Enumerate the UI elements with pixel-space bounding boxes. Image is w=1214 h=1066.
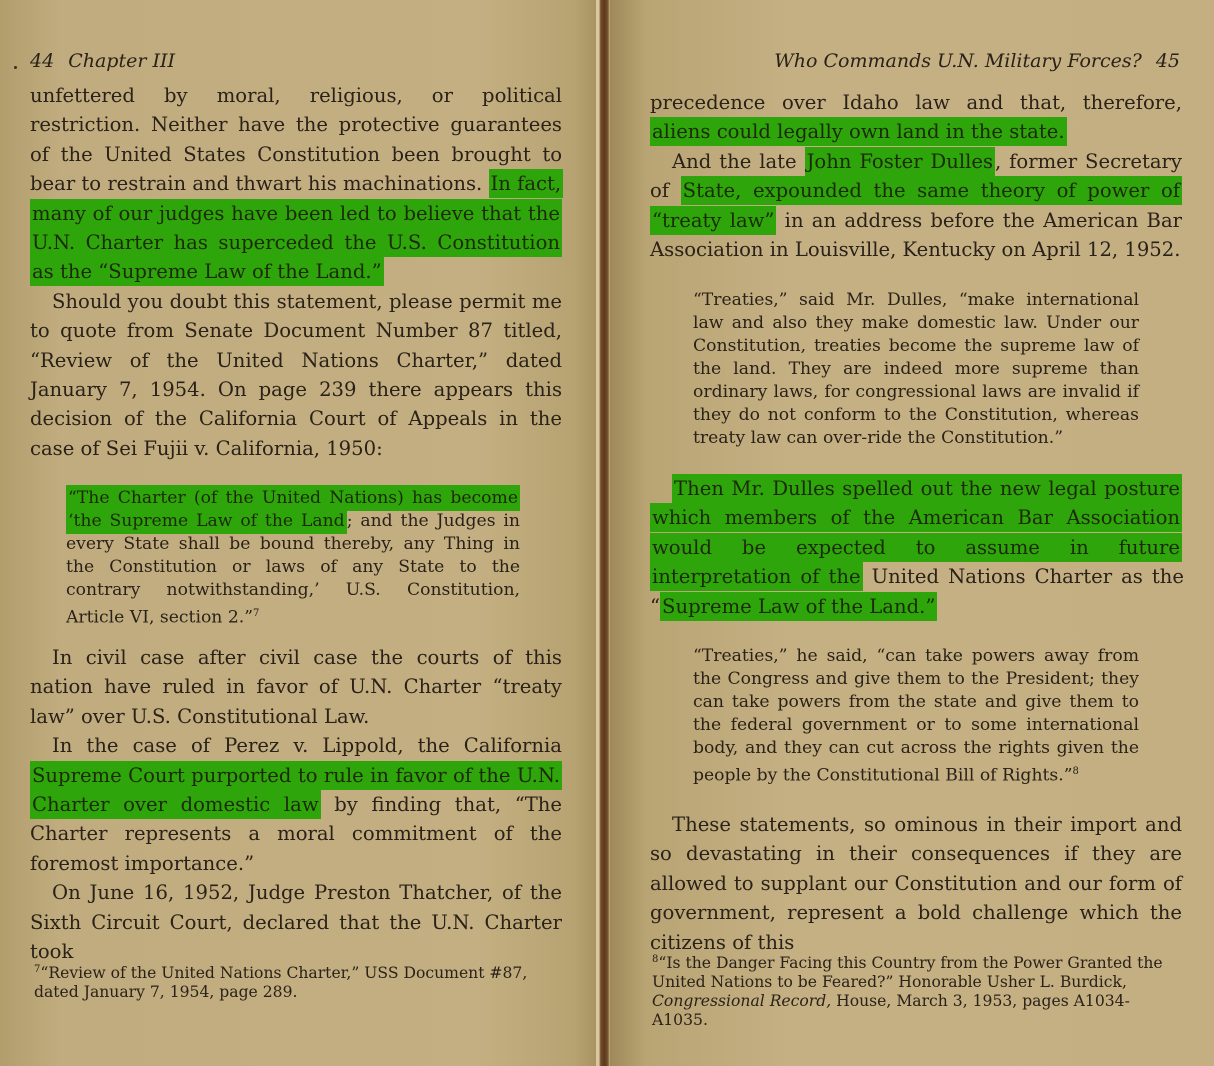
right-paragraph-2: And the late John Foster Dulles, former … xyxy=(650,147,1182,265)
right-chapter-title: Who Commands U.N. Military Forces? xyxy=(774,50,1142,72)
right-running-head: Who Commands U.N. Military Forces?45 xyxy=(774,50,1180,72)
right-block-quote-1: “Treaties,” said Mr. Dulles, “make inter… xyxy=(693,289,1139,450)
left-paragraph-3: In civil case after civil case the court… xyxy=(30,643,562,731)
footnote-ref: 8 xyxy=(1073,766,1079,777)
right-block-quote-2: “Treaties,” he said, “can take powers aw… xyxy=(693,645,1139,788)
highlight: John Foster Dulles xyxy=(805,147,995,176)
book-spread: 44Chapter III unfettered by moral, relig… xyxy=(0,0,1214,1066)
right-body-bottom: These statements, so ominous in their im… xyxy=(650,810,1182,957)
left-paragraph-5: On June 16, 1952, Judge Preston Thatcher… xyxy=(30,878,562,966)
left-body-top: unfettered by moral, religious, or polit… xyxy=(30,81,562,463)
right-page-number: 45 xyxy=(1156,50,1180,72)
left-block-quote: “The Charter (of the United Nations) has… xyxy=(66,487,520,630)
right-page: Who Commands U.N. Military Forces?45 pre… xyxy=(610,0,1214,1066)
left-paragraph-4: In the case of Perez v. Lippold, the Cal… xyxy=(30,731,562,878)
left-footnote: 7“Review of the United Nations Charter,”… xyxy=(34,960,564,1002)
left-page-number: 44 xyxy=(30,50,54,72)
left-running-head: 44Chapter III xyxy=(30,50,175,72)
ink-speck xyxy=(14,66,17,69)
left-page: 44Chapter III unfettered by moral, relig… xyxy=(0,0,598,1066)
highlight: aliens could legally own land in the sta… xyxy=(650,117,1067,146)
left-paragraph-2: Should you doubt this statement, please … xyxy=(30,287,562,463)
highlight: Supreme Law of the Land.” xyxy=(660,592,937,621)
right-paragraph-4: These statements, so ominous in their im… xyxy=(650,810,1182,957)
footnote-ref: 7 xyxy=(253,608,259,619)
left-body-bottom: In civil case after civil case the court… xyxy=(30,643,562,966)
right-footnote: 8“Is the Danger Facing this Country from… xyxy=(652,950,1184,1030)
right-body-middle: Then Mr. Dulles spelled out the new lega… xyxy=(650,474,1182,621)
left-chapter-title: Chapter III xyxy=(68,50,175,72)
right-paragraph-3: Then Mr. Dulles spelled out the new lega… xyxy=(650,474,1182,621)
right-paragraph-1: precedence over Idaho law and that, ther… xyxy=(650,88,1182,147)
left-paragraph-1: unfettered by moral, religious, or polit… xyxy=(30,81,562,287)
right-body-top: precedence over Idaho law and that, ther… xyxy=(650,88,1182,264)
